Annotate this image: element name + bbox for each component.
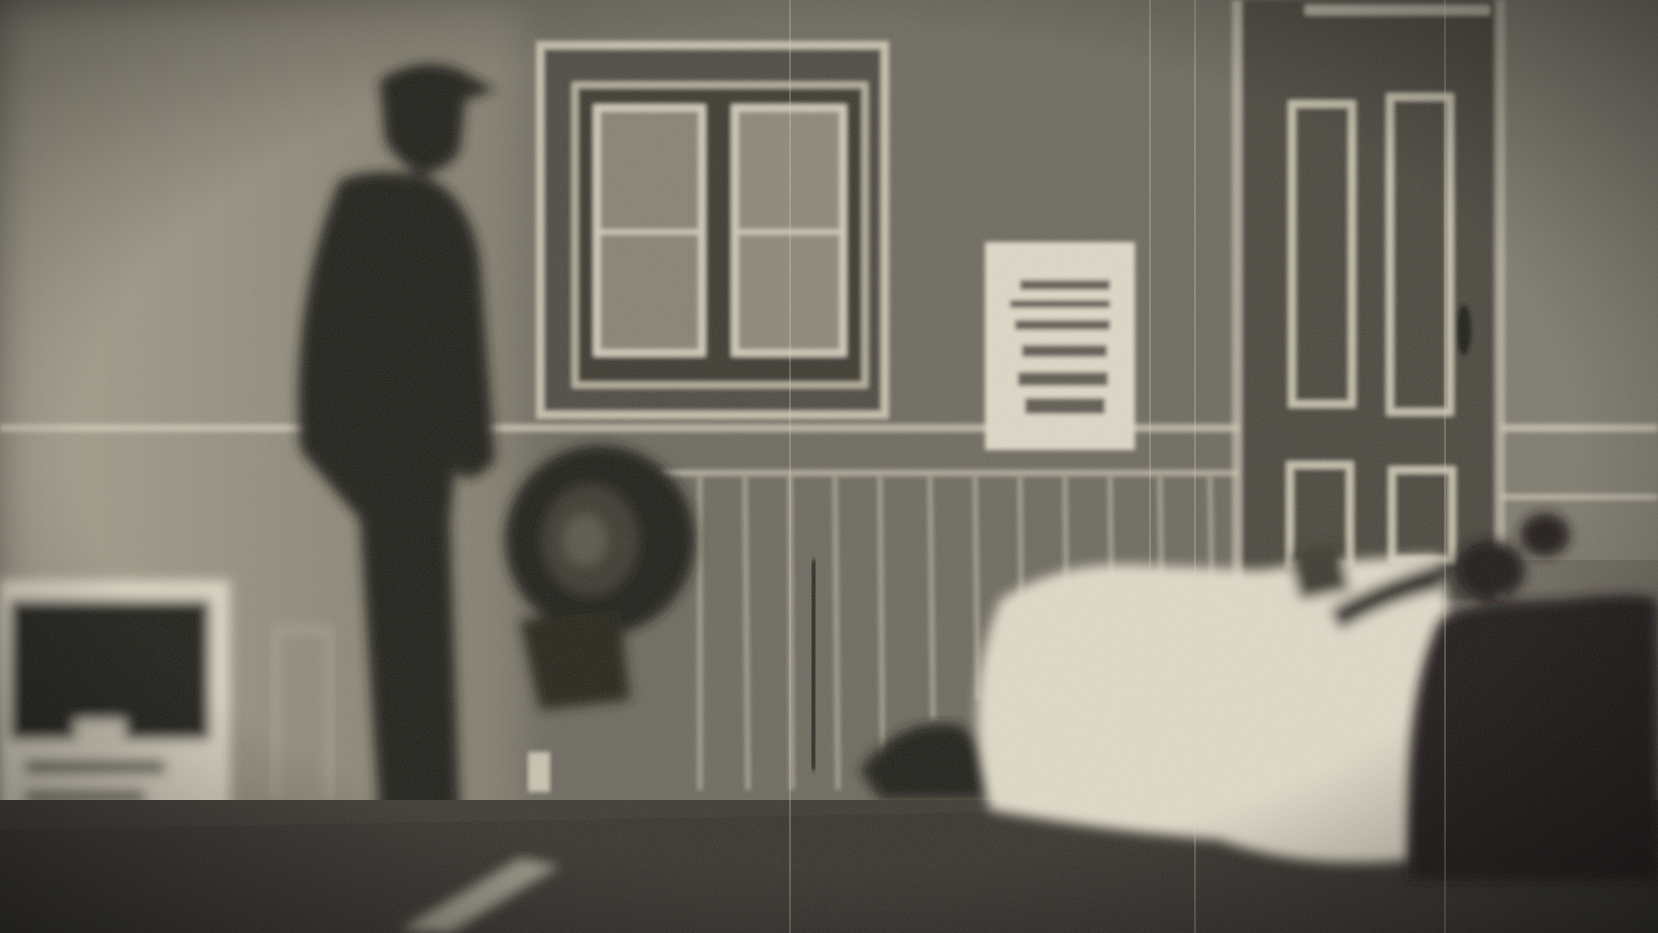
film-still <box>0 0 1658 933</box>
scene-artwork <box>0 0 1658 933</box>
